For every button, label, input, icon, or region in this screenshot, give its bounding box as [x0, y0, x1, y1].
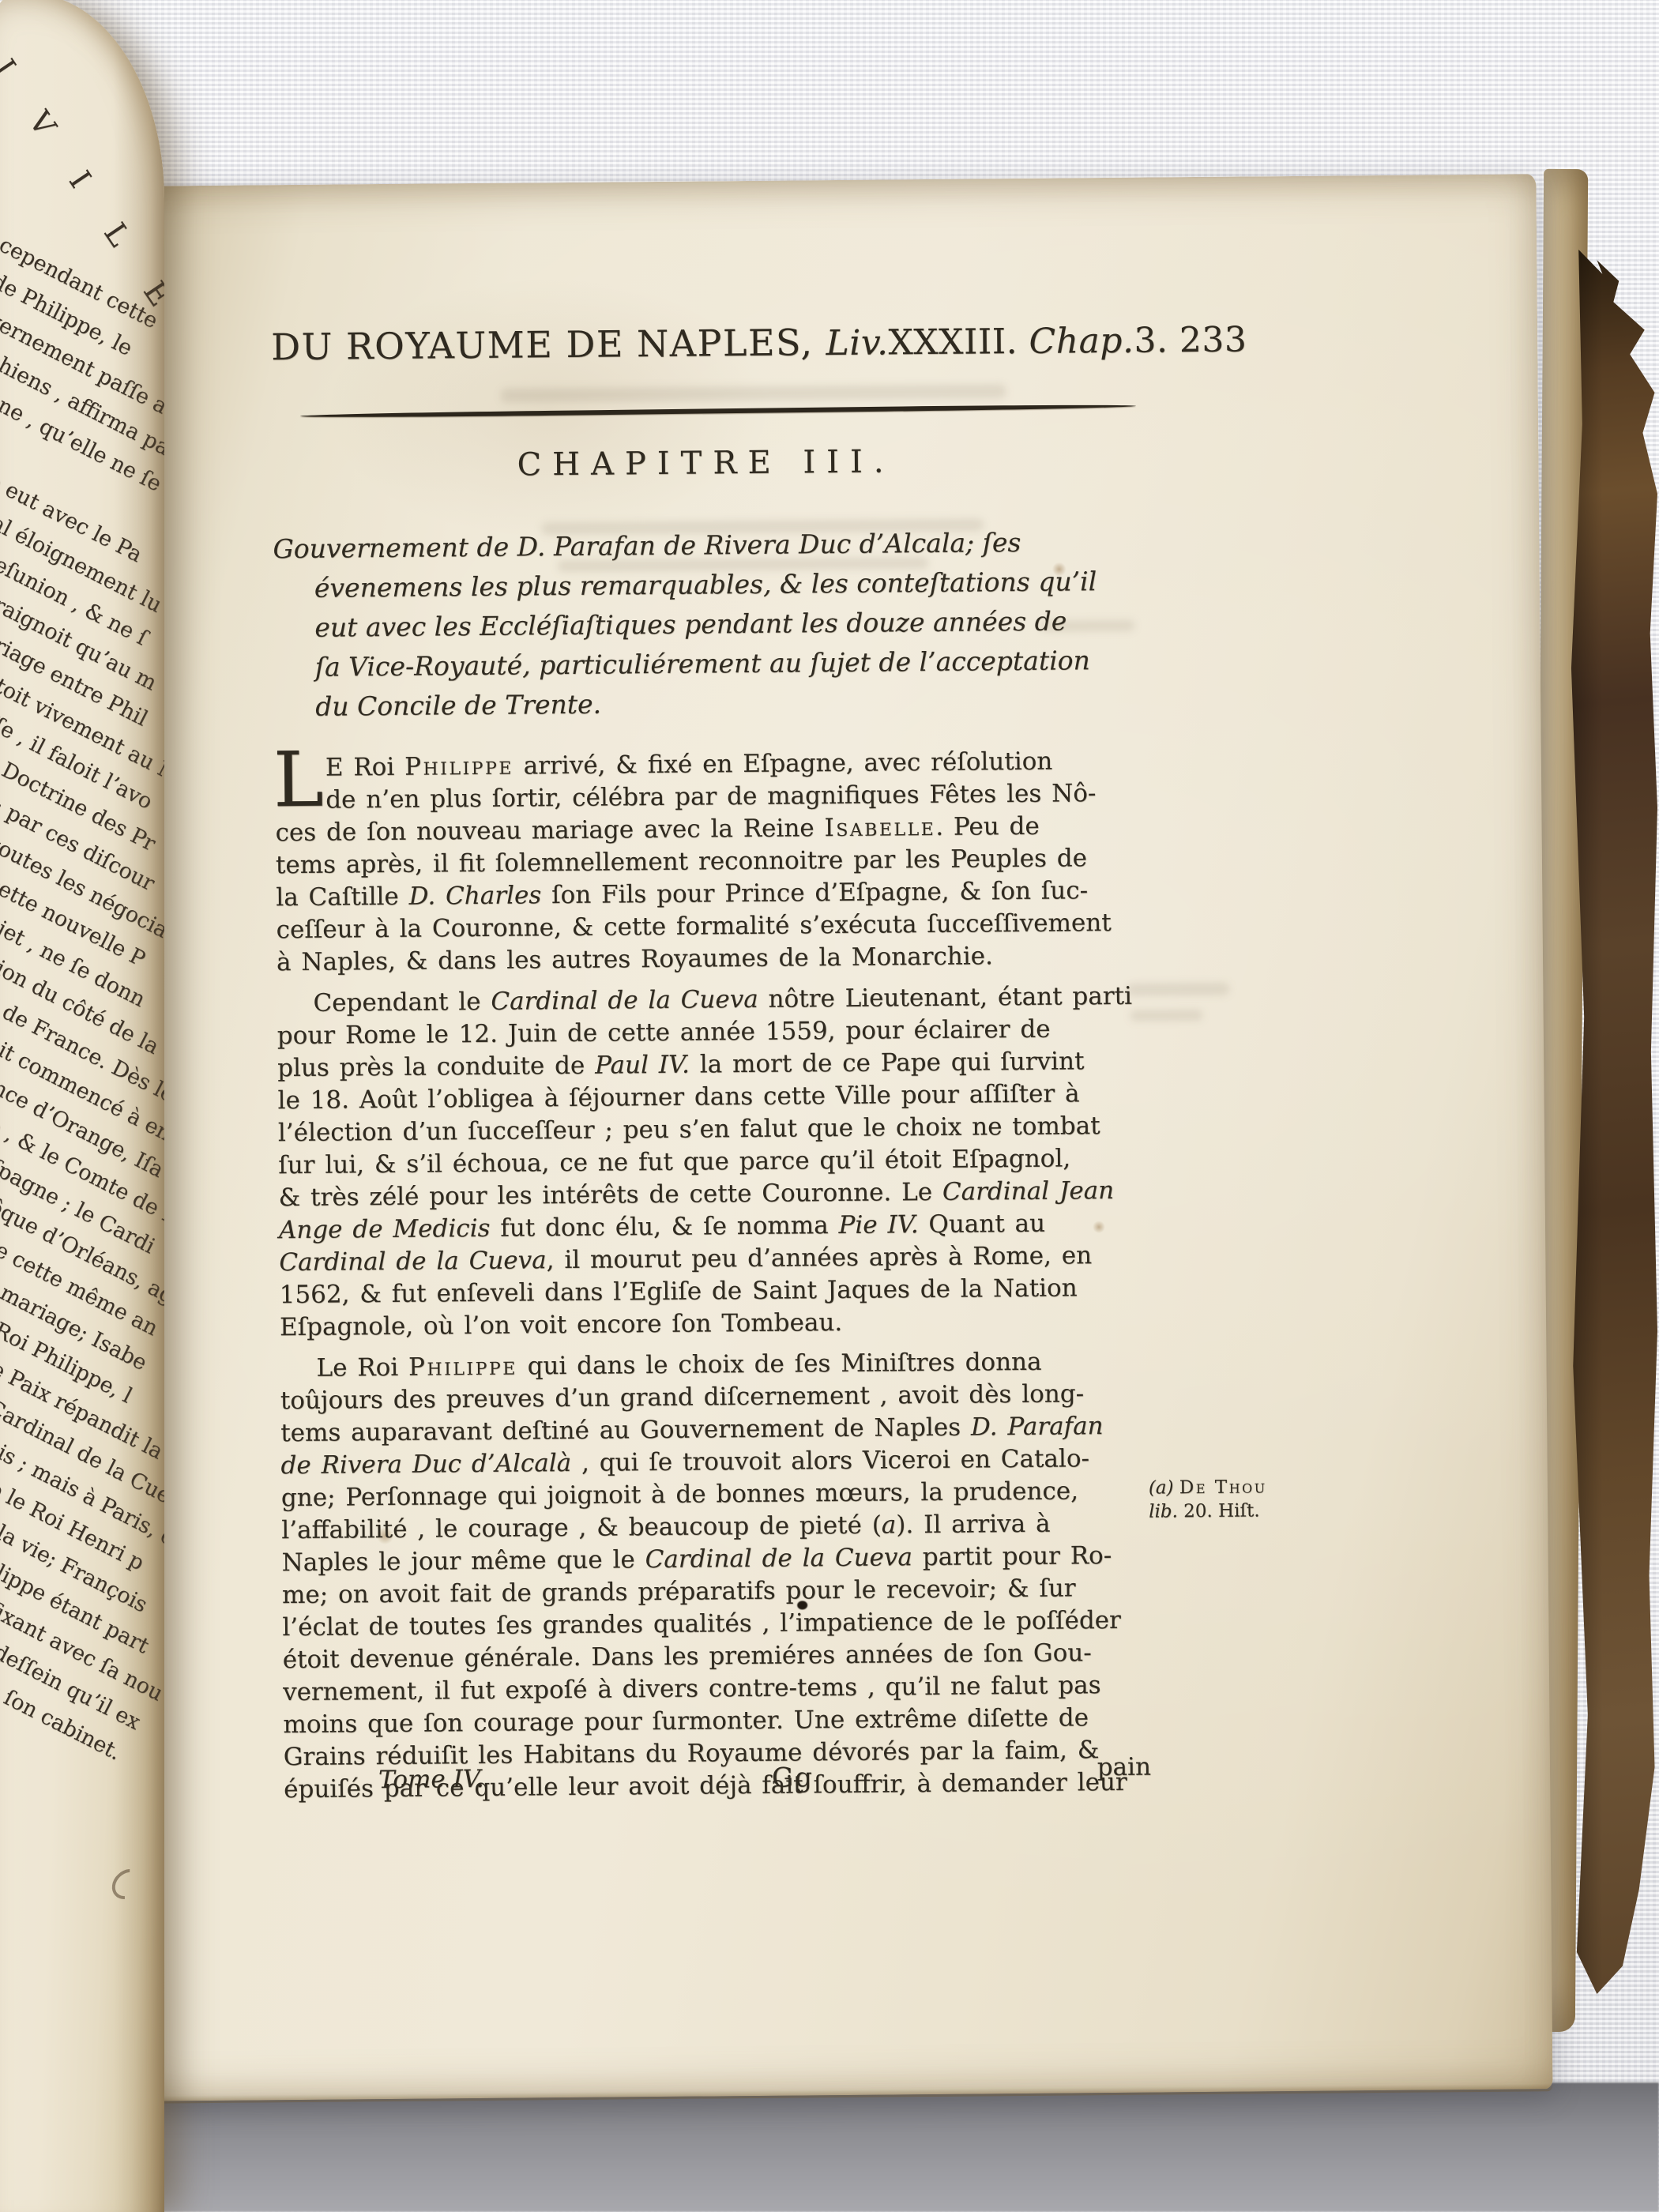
left-page-fragment: trichiens , affirma pa: [0, 336, 164, 461]
body-paragraph: Cependant le Cardinal de la Cueva nôtre …: [276, 980, 1157, 1345]
left-page-fragment: total éloignement lu: [0, 497, 164, 618]
left-page-fragment: & cette nouvelle P: [0, 860, 149, 972]
left-page-fragment: il de cette même an: [0, 1222, 162, 1341]
left-page-fragment: ſe fixant avec ſa nou: [0, 1585, 164, 1706]
left-page-fragment: Evêque d’Orléans, agiſſ: [0, 1182, 164, 1319]
left-page-fragment: ention du côté de la: [0, 940, 163, 1059]
text-line: lib. 20. Hiſt.: [1149, 1499, 1291, 1524]
body-text: LE Roi Philippe arrivé, & fixé en Eſpagn…: [275, 745, 1161, 1807]
left-page-fragment: projet , ne ſe donn: [0, 900, 149, 1012]
body-paragraph: LE Roi Philippe arrivé, & fixé en Eſpagn…: [275, 745, 1153, 980]
left-page-fragment: ue ; par ces diſcour: [0, 779, 159, 896]
main-page: DU ROYAUME DE NAPLES, Liv.XXXIII. Chap.3…: [127, 174, 1552, 2101]
left-page-fragment: ceſſe , il faloit l’avo: [0, 698, 156, 814]
left-page-fragment: mariage entre Phil: [0, 618, 152, 732]
left-page-fragment: dit la vie; François: [0, 1504, 151, 1617]
left-page-fragment: I V I L E: [0, 53, 164, 329]
left-page-fragment: ette Paix répandit la: [0, 1343, 164, 1465]
left-page-fragment: Philippe étant part: [0, 1544, 152, 1659]
catchword: pain: [1097, 1753, 1152, 1782]
text-line: ſa Vice-Royauté, particuliérement au ſuj…: [274, 641, 1142, 688]
running-header-title: DU ROYAUME DE NAPLES,: [271, 321, 814, 368]
left-page-fragment: es de Philippe, le: [0, 255, 137, 361]
ink-mark: [106, 1863, 149, 1905]
left-page-fragment: e deſunion , & ne ſ: [0, 537, 151, 650]
running-header: DU ROYAUME DE NAPLES, Liv.XXXIII. Chap.3…: [271, 318, 1145, 369]
left-page-fragment: elle , & le Comte de M: [0, 1101, 164, 1234]
left-page-fragment: ble mariage; Isabe: [0, 1262, 151, 1375]
footer-tome: Tome IV.: [378, 1765, 484, 1794]
text-line: (a) De Thou: [1149, 1475, 1291, 1500]
left-page-fragment: elle eut avec le Pa: [0, 457, 146, 567]
drop-cap: L: [273, 747, 324, 813]
left-page-fragment: le Cardinal de la Cue: [0, 1383, 164, 1509]
curled-previous-page: I V I L EH , cependant cettees de Philip…: [0, 0, 164, 2212]
left-page-fragment: que le Roi Henri p: [0, 1464, 148, 1575]
left-page-fragment: Trône , qu’elle ne ſe: [0, 376, 164, 497]
chapter-heading: CHAPITRE III.: [272, 442, 1139, 486]
left-page-fragment: Roi de France. Dès le: [0, 980, 164, 1108]
left-page-fragment: Prince d’Orange, Iſa: [0, 1061, 164, 1183]
left-page-fragment: avoit commencé à en: [0, 1021, 164, 1146]
left-page-fragment: rnois ; mais à Paris, e: [0, 1424, 164, 1551]
signature-mark: Gg: [772, 1762, 814, 1793]
left-page-fragment: nt toutes les négocia: [0, 819, 164, 943]
left-page-fragment: l’Eſpagne ; le Cardi: [0, 1142, 159, 1258]
left-page-fragment: ans ſon cabinet.: [0, 1665, 125, 1766]
left-page-fragment: H , cependant cette: [0, 215, 162, 333]
left-page-fragment: il craignoit qu’au m: [0, 577, 160, 696]
paper-stain: [325, 276, 770, 540]
left-page-fragment: au Roi Philippe, l: [0, 1303, 136, 1409]
body-paragraph: Le Roi Philippe qui dans le choix de ſes…: [280, 1345, 1161, 1807]
text-line: à Naples, & dans les autres Royaumes de …: [276, 939, 1153, 980]
left-page-fragment: ouvernement paſſe a: [0, 295, 164, 419]
left-page-fragment: ſentoit vivement au M: [0, 658, 164, 788]
text-line: Eſpagnole, où l’on voit encore ſon Tombe…: [280, 1304, 1157, 1345]
text-line: du Concile de Trente.: [274, 680, 1142, 728]
header-reference: Liv.XXXIII. Chap.3. 233: [826, 319, 1247, 363]
margin-note: (a) De Thoulib. 20. Hiſt.: [1149, 1475, 1292, 1524]
page-footer: Tome IV. Gg pain: [284, 1759, 1151, 1807]
chapter-summary: Gouvernement de D. Parafan de Rivera Duc…: [273, 522, 1142, 728]
left-page-fragment: t la Doctrine des Pr: [0, 739, 160, 856]
left-page-fragment: r); deſſein qu’il ex: [0, 1625, 145, 1735]
